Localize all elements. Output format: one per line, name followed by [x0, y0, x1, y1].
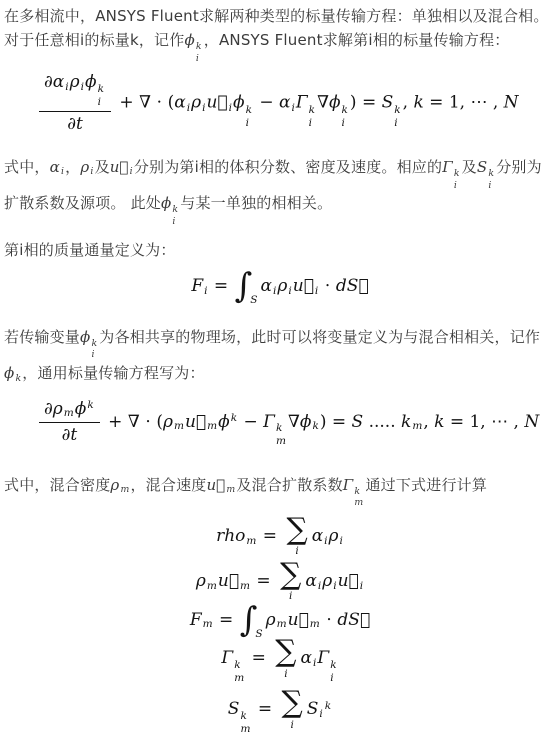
math-superscript: k [196, 41, 202, 53]
paragraph-mixture-intro: 若传输变量ϕki为各相共享的物理场，此时可以将变量定义为与混合相相关，记作ϕk，… [4, 325, 556, 391]
math-superscript: k [246, 104, 252, 117]
math-symbol: Γ [343, 476, 354, 494]
sum-sign: ∑ [282, 689, 303, 717]
summation-operator: ∑i [275, 638, 296, 679]
equation-phase-mass-flux: Fi = ∫Sαiρiu⃗i ⋅ dS⃗ [4, 272, 556, 301]
math-text-run: 及 [462, 158, 477, 176]
equation-mixture-scalar-transport: ∂ρmϕk∂t + ∇ ⋅ (ρmu⃗mϕk − Γkm∇ϕk) = S ...… [36, 399, 556, 449]
math-supsub: km [276, 422, 286, 448]
math-superscript: k [231, 412, 237, 424]
math-symbol: α [312, 526, 323, 546]
math-symbol: ϕ [4, 364, 14, 382]
math-text-run: 与某一单独的相相关。 [180, 194, 332, 212]
math-subscript: m [64, 407, 74, 419]
math-symbol: Γ [317, 648, 329, 668]
math-subscript: m [246, 535, 256, 547]
sum-lower-limit: i [284, 667, 287, 680]
math-symbol: ρ [191, 93, 201, 113]
math-supsub: ki [394, 104, 400, 130]
math-text-run: = [252, 699, 277, 719]
sum-sign: ∑ [280, 561, 301, 589]
math-symbol: ρ [277, 276, 287, 296]
math-symbol: Γ [263, 412, 275, 432]
math-subscript: i [91, 349, 94, 361]
math-subscript: i [394, 117, 397, 130]
sum-lower-limit: i [295, 544, 298, 557]
sum-lower-limit: i [289, 589, 292, 602]
math-symbol: Γ [442, 158, 453, 176]
math-text-run: 为各相共享的物理场，此时可以将变量定义为与混合相相关，记作 [99, 328, 540, 346]
math-subscript: i [172, 216, 175, 228]
math-subscript: i [488, 180, 491, 192]
summation-operator: ∑i [282, 689, 303, 730]
math-symbol: ρ [53, 399, 63, 419]
math-symbol: u⃗ [110, 158, 129, 176]
math-superscript: k [87, 399, 93, 411]
math-text-run: = 1, ⋯ , [424, 93, 504, 113]
math-text-run: ⋅ [321, 610, 338, 630]
math-symbol: ϕ [329, 93, 341, 113]
math-symbol: ρ [70, 72, 80, 92]
fraction-denominator: ∂t [67, 112, 83, 134]
math-text-run: = [251, 571, 276, 591]
math-symbol: u⃗ [185, 412, 206, 432]
math-superscript: k [330, 659, 336, 672]
math-subscript: i [98, 96, 101, 109]
math-text-run: = [257, 526, 282, 546]
math-supsub: ki [196, 41, 202, 64]
math-subscript: i [288, 285, 291, 297]
math-symbol: F [190, 610, 202, 630]
math-text-run: k [434, 412, 444, 432]
math-subscript: i [360, 580, 363, 592]
math-subscript: i [229, 102, 232, 114]
math-subscript: m [203, 618, 213, 630]
math-symbol: ϕ [218, 412, 230, 432]
fraction-numerator: ∂ρmϕk [39, 399, 100, 424]
math-symbol: F [191, 276, 203, 296]
math-supsub: ki [342, 104, 348, 130]
math-subscript: k [15, 373, 21, 384]
math-subscript: i [246, 117, 249, 130]
equation-mixture-density: rhom = ∑iαiρi [4, 516, 556, 557]
math-text-run: = 1, ⋯ , [444, 412, 524, 432]
math-text-run: 及混合扩散系数 [236, 476, 342, 494]
math-symbol: ϕ [233, 93, 245, 113]
equation-mixture-diffusivity: Γkm = ∑iαiΓki [4, 638, 556, 685]
math-subscript: i [454, 180, 457, 192]
math-symbol: ϕ [184, 31, 194, 49]
math-text-run: ，ANSYS Fluent求解第i相的标量传输方程： [204, 31, 510, 49]
math-supsub: ki [454, 168, 460, 191]
sum-lower-limit: i [290, 718, 293, 731]
math-subscript: i [273, 285, 276, 297]
math-text-run: 式中，混合密度 [4, 476, 110, 494]
sum-sign: ∑ [286, 516, 307, 544]
math-text-run: ∂ [44, 399, 53, 419]
math-text-run: 分别为第i相的体积分数、密度及速度。相应的 [134, 158, 442, 176]
math-symbol: ρ [163, 412, 173, 432]
math-subscript: m [207, 420, 217, 432]
math-subscript: m [310, 618, 320, 630]
math-text-run: dS⃗ [336, 276, 369, 296]
math-text-run: k [413, 93, 423, 113]
math-subscript: i [65, 81, 68, 93]
math-text-run: ) = [320, 412, 352, 432]
math-text-run: ..... [363, 412, 401, 432]
math-symbol: Γ [221, 648, 233, 668]
math-subscript: i [202, 102, 205, 114]
math-subscript: m [354, 497, 363, 509]
math-text-run: dS⃗ [337, 610, 370, 630]
equation-mixture-source: Skm = ∑iSik [4, 689, 556, 736]
math-subscript: i [130, 166, 133, 177]
math-text-run: ∂t [62, 425, 78, 445]
math-symbol: ρ [322, 571, 332, 591]
math-text-run: ，混合速度 [130, 476, 206, 494]
math-text-run: ) = [350, 93, 382, 113]
math-subscript: i [340, 535, 343, 547]
math-subscript: i [319, 708, 322, 720]
math-symbol: α [279, 93, 290, 113]
math-superscript: k [394, 104, 400, 117]
sum-sign: ∑ [275, 638, 296, 666]
math-supsub: ki [91, 338, 97, 361]
math-text-run: + ∇ ⋅ ( [103, 412, 163, 432]
math-text-run: = [246, 648, 271, 668]
math-symbol: S [382, 93, 394, 113]
math-subscript: i [315, 285, 318, 297]
math-supsub: ki [488, 168, 494, 191]
math-symbol: S [228, 699, 240, 719]
math-superscript: k [454, 168, 460, 180]
math-subscript: i [324, 535, 327, 547]
math-supsub: ki [98, 83, 104, 109]
math-subscript: m [240, 723, 250, 736]
math-subscript: i [292, 102, 295, 114]
math-superscript: k [342, 104, 348, 117]
math-text-run: 第i相的质量通量定义为： [4, 241, 176, 259]
math-fraction: ∂αiρiϕki∂t [39, 72, 111, 134]
math-superscript: k [354, 486, 360, 498]
math-symbol: k [401, 412, 411, 432]
integral-lower-limit: S [250, 294, 257, 307]
math-subscript: k [312, 420, 318, 432]
math-symbol: ρ [329, 526, 339, 546]
math-symbol: ϕ [85, 72, 97, 92]
math-text-run: ⋅ [319, 276, 336, 296]
fraction-numerator: ∂αiρiϕki [39, 72, 111, 112]
math-subscript: i [90, 166, 93, 177]
math-text-run: S [352, 412, 364, 432]
math-superscript: k [276, 422, 282, 435]
math-subscript: i [196, 53, 199, 65]
math-text-run: N [504, 93, 519, 113]
integral-lower-limit: S [255, 628, 262, 641]
math-superscript: k [91, 338, 97, 350]
math-subscript: i [204, 285, 207, 297]
math-text-run: , [423, 412, 434, 432]
equation-mixture-mass-flux: Fm = ∫Sρmu⃗m ⋅ dS⃗ [4, 606, 556, 635]
math-symbol: ρ [266, 610, 276, 630]
math-supsub: ki [172, 204, 178, 227]
math-superscript: k [172, 204, 178, 216]
math-text-run: ∇ [317, 93, 329, 113]
math-text-run: 若传输变量 [4, 328, 80, 346]
math-symbol: α [261, 276, 272, 296]
paragraph-mass-flux-intro: 第i相的质量通量定义为： [4, 238, 556, 262]
math-text-run: − [254, 93, 279, 113]
math-subscript: i [342, 117, 345, 130]
math-text-run: ∂ [44, 72, 53, 92]
math-text-run: ∂t [67, 114, 83, 134]
math-symbol: ϕ [75, 399, 87, 419]
summation-operator: ∑i [286, 516, 307, 557]
math-symbol: ρ [80, 158, 89, 176]
math-text-run: 通过下式进行计算 [365, 476, 487, 494]
math-supsub: ki [330, 659, 336, 685]
math-symbol: α [53, 72, 64, 92]
math-subscript: i [313, 657, 316, 669]
math-supsub: km [354, 486, 363, 509]
math-symbol: ρ [110, 476, 119, 494]
math-supsub: km [234, 659, 244, 685]
math-superscript: k [488, 168, 494, 180]
integral-operator: ∫S [240, 606, 265, 635]
math-text-run: = [214, 610, 239, 630]
math-superscript: k [309, 104, 315, 117]
math-subscript: i [330, 672, 333, 685]
math-symbol: α [50, 158, 60, 176]
math-fraction: ∂ρmϕk∂t [39, 399, 100, 446]
math-subscript: i [187, 102, 190, 114]
math-supsub: ki [246, 104, 252, 130]
math-symbol: α [174, 93, 185, 113]
math-text-run: ，通用标量传输方程写为： [22, 364, 204, 382]
equation-phase-scalar-transport: ∂αiρiϕki∂t + ∇ ⋅ (αiρiu⃗iϕki − αiΓki∇ϕki… [36, 72, 556, 134]
math-symbol: ϕ [80, 328, 90, 346]
paragraph-mixture-symbols: 式中，混合密度ρm，混合速度u⃗m及混合扩散系数Γkm通过下式进行计算 [4, 473, 556, 509]
math-text-run: − [238, 412, 263, 432]
math-text-run: , [403, 93, 414, 113]
math-text-run: + ∇ ⋅ ( [114, 93, 174, 113]
math-symbol: u⃗ [206, 93, 227, 113]
math-symbol: ρ [196, 571, 206, 591]
math-subscript: i [318, 580, 321, 592]
math-superscript: k [98, 83, 104, 96]
math-subscript: m [240, 580, 250, 592]
summation-operator: ∑i [280, 561, 301, 602]
math-text-run: ∇ [288, 412, 300, 432]
math-superscript: k [234, 659, 240, 672]
math-superscript: k [325, 700, 331, 712]
math-symbol: u⃗ [293, 276, 314, 296]
math-subscript: m [120, 484, 129, 495]
fraction-denominator: ∂t [62, 423, 78, 445]
math-subscript: i [309, 117, 312, 130]
math-symbol: u⃗ [206, 476, 225, 494]
math-symbol: Γ [296, 93, 308, 113]
math-subscript: m [234, 672, 244, 685]
math-text-run: ， [65, 158, 80, 176]
math-symbol: S [307, 699, 319, 719]
math-symbol: ϕ [161, 194, 171, 212]
math-symbol: α [305, 571, 316, 591]
math-supsub: ki [309, 104, 315, 130]
math-symbol: S [477, 158, 487, 176]
math-text-run: 式中， [4, 158, 50, 176]
math-superscript: k [240, 710, 246, 723]
math-text-run: N [524, 412, 539, 432]
math-symbol: ϕ [300, 412, 312, 432]
math-subscript: m [207, 580, 217, 592]
math-subscript: m [412, 420, 422, 432]
math-subscript: m [226, 484, 235, 495]
math-symbol: u⃗ [218, 571, 239, 591]
math-subscript: i [333, 580, 336, 592]
math-symbol: u⃗ [288, 610, 309, 630]
math-text-run: 及 [95, 158, 110, 176]
document-page: 在多相流中，ANSYS Fluent求解两种类型的标量传输方程：单独相以及混合相… [0, 0, 560, 736]
equation-mixture-velocity: ρmu⃗m = ∑iαiρiu⃗i [4, 561, 556, 602]
paragraph-intro: 在多相流中，ANSYS Fluent求解两种类型的标量传输方程：单独相以及混合相… [4, 4, 556, 64]
math-symbol: α [301, 648, 312, 668]
math-symbol: rho [216, 526, 245, 546]
paragraph-symbol-definitions: 式中，αi，ρi及u⃗i分别为第i相的体积分数、密度及速度。相应的Γki及Ski… [4, 155, 556, 228]
math-subscript: i [61, 166, 64, 177]
math-subscript: i [81, 81, 84, 93]
math-text-run: = [209, 276, 234, 296]
math-subscript: m [276, 435, 286, 448]
integral-operator: ∫S [235, 272, 260, 301]
math-symbol: u⃗ [338, 571, 359, 591]
math-subscript: m [277, 618, 287, 630]
math-supsub: km [240, 710, 250, 736]
math-subscript: m [174, 420, 184, 432]
